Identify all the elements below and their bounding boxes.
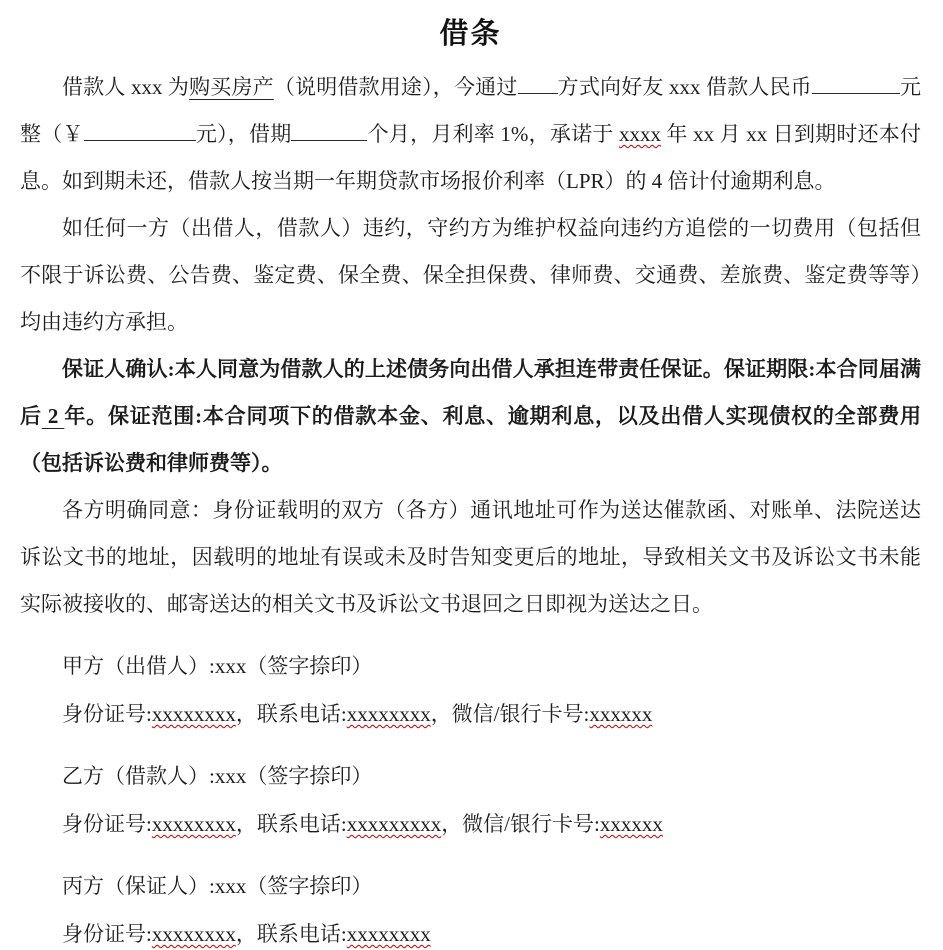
spellcheck-flagged-text: xxxxxxxx — [152, 922, 236, 946]
underlined-text: 2 — [42, 404, 65, 428]
text-run: 如任何一方（出借人，借款人）违约，守约方为维护权益向违约方追偿的一切费用（包括但… — [20, 216, 921, 334]
text-run: 甲方（出借人）:xxx（签字捺印） — [62, 654, 372, 678]
text-run: ，微信/银行卡号: — [431, 702, 590, 726]
document-title: 借条 — [20, 12, 921, 56]
text-run: ，联系电话: — [236, 922, 347, 946]
text-run: 借款人 xxx 为 — [62, 75, 189, 99]
text-run: 元），借期 — [196, 122, 292, 146]
text-run: 个月，月利率 1%，承诺于 — [367, 122, 619, 146]
text-run: 身份证号: — [62, 922, 152, 946]
blank-fill-in-line — [812, 72, 900, 94]
signature-block-party-a: 甲方（出借人）:xxx（签字捺印） 身份证号:xxxxxxxx，联系电话:xxx… — [20, 642, 921, 738]
paragraph-loan-terms: 借款人 xxx 为购买房产（说明借款用途），今通过方式向好友 xxx 借款人民币… — [20, 64, 921, 205]
signature-block-party-c: 丙方（保证人）:xxx（签字捺印） 身份证号:xxxxxxxx，联系电话:xxx… — [20, 862, 921, 950]
text-run: ，联系电话: — [236, 812, 347, 836]
paragraph-breach-costs: 如任何一方（出借人，借款人）违约，守约方为维护权益向违约方追偿的一切费用（包括但… — [20, 205, 921, 346]
text-run: 身份证号: — [62, 702, 152, 726]
paragraph-service-address: 各方明确同意：身份证载明的双方（各方）通讯地址可作为送达催款函、对账单、法院送达… — [20, 487, 921, 628]
text-run: 年。保证范围:本合同项下的借款本金、利息、逾期利息，以及出借人实现债权的全部费用… — [20, 404, 921, 475]
text-run: 方式向好友 xxx 借款人民币 — [558, 75, 812, 99]
spellcheck-flagged-text: xxxxxxxx — [347, 702, 431, 726]
text-run: ，微信/银行卡号: — [441, 812, 600, 836]
party-c-title-line: 丙方（保证人）:xxx（签字捺印） — [20, 862, 921, 910]
spellcheck-flagged-text: xxxx — [619, 122, 661, 146]
spellcheck-flagged-text: xxxxxx — [600, 812, 663, 836]
blank-fill-in-line — [84, 119, 196, 141]
text-run: 丙方（保证人）:xxx（签字捺印） — [62, 874, 372, 898]
spellcheck-flagged-text: xxxxxx — [589, 702, 652, 726]
party-a-details-line: 身份证号:xxxxxxxx，联系电话:xxxxxxxx，微信/银行卡号:xxxx… — [20, 690, 921, 738]
underlined-text: 购买房产 — [189, 75, 274, 99]
party-a-title-line: 甲方（出借人）:xxx（签字捺印） — [20, 642, 921, 690]
blank-fill-in-line — [291, 119, 367, 141]
text-run: 各方明确同意：身份证载明的双方（各方）通讯地址可作为送达催款函、对账单、法院送达… — [20, 498, 921, 616]
text-run: 乙方（借款人）:xxx（签字捺印） — [62, 764, 372, 788]
spellcheck-flagged-text: xxxxxxxx — [347, 922, 431, 946]
party-b-details-line: 身份证号:xxxxxxxx，联系电话:xxxxxxxxx，微信/银行卡号:xxx… — [20, 800, 921, 848]
text-run: 身份证号: — [62, 812, 152, 836]
paragraph-guarantor-confirmation: 保证人确认:本人同意为借款人的上述债务向出借人承担连带责任保证。保证期限:本合同… — [20, 346, 921, 487]
signature-block-party-b: 乙方（借款人）:xxx（签字捺印） 身份证号:xxxxxxxx，联系电话:xxx… — [20, 752, 921, 848]
text-run: （说明借款用途），今通过 — [274, 75, 518, 99]
party-b-title-line: 乙方（借款人）:xxx（签字捺印） — [20, 752, 921, 800]
spellcheck-flagged-text: xxxxxxxxx — [347, 812, 442, 836]
blank-fill-in-line — [518, 72, 558, 94]
document-page: 借条 借款人 xxx 为购买房产（说明借款用途），今通过方式向好友 xxx 借款… — [0, 0, 943, 950]
party-c-details-line: 身份证号:xxxxxxxx，联系电话:xxxxxxxx — [20, 910, 921, 950]
text-run: ，联系电话: — [236, 702, 347, 726]
spellcheck-flagged-text: xxxxxxxx — [152, 702, 236, 726]
spellcheck-flagged-text: xxxxxxxx — [152, 812, 236, 836]
